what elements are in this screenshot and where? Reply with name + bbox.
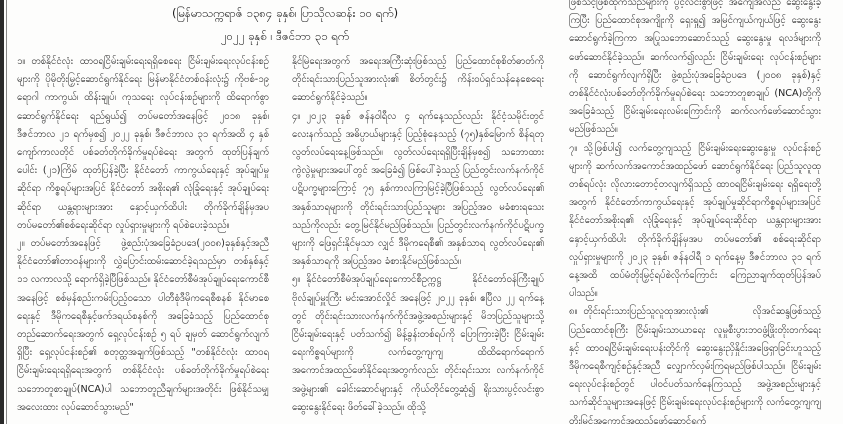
paragraph-number: ၂။	[17, 238, 25, 249]
paragraph: နိုင်မြဲရေးအတွက် အရေးအကြီးဆုံးဖြစ်သည့် ပ…	[292, 53, 544, 108]
paragraph-text: တိုင်းရင်းသားပြည်သူလူထုအားလုံး၏ လိုအင်ဆန…	[569, 306, 821, 424]
page-border-left	[0, 0, 4, 424]
paragraph-text: တပ်မတော်အနေဖြင့် ဖွဲ့စည်းပုံအခြေခံဥပဒေ(၂…	[17, 238, 269, 413]
paragraph: ၁။တစ်နိုင်ငံလုံး ထာဝရငြိမ်းချမ်းရေးရရှိစ…	[17, 53, 269, 235]
paragraph-text: ဖြစ်သင့်ဖြစ်ထိုက်သည်များကို ပွင့်လင်းစွာ…	[569, 0, 821, 135]
statement-subtitle: (မြန်မာသက္ကရာဇ် ၁၃၈၄ ခုနှစ်၊ ပြာသိုလဆန်း…	[20, 6, 550, 20]
paragraph: ၅။နိုင်ငံတော်စီမံအုပ်ချုပ်ရေးကောင်စီဥက္က…	[292, 271, 544, 417]
paragraph: ၇။သို့ဖြစ်ပါ၍ လက်တွေ့ကျသည့် ငြိမ်းချမ်းရ…	[569, 140, 821, 304]
paragraph: ၈။တိုင်းရင်းသားပြည်သူလူထုအားလုံး၏ လိုအင်…	[569, 303, 821, 424]
paragraph-number: ၇။	[569, 143, 577, 154]
text-column-3: ဖြစ်သင့်ဖြစ်ထိုက်သည်များကို ပွင့်လင်းစွာ…	[569, 0, 821, 424]
paragraph-number: ၄။	[292, 111, 300, 122]
paragraph: ၄။၂၀၂၃ ခုနှစ် ဇန်နဝါရီလ ၄ ရက်နေ့သည်လည်း …	[292, 108, 544, 272]
page-border-rule	[6, 0, 7, 424]
paragraph-text: တစ်နိုင်ငံလုံး ထာဝရငြိမ်းချမ်းရေးရရှိစေရ…	[17, 56, 269, 231]
paragraph-text: ၂၀၂၃ ခုနှစ် ဇန်နဝါရီလ ၄ ရက်နေ့သည်လည်း နိ…	[292, 111, 544, 268]
paragraph: ဖြစ်သင့်ဖြစ်ထိုက်သည်များကို ပွင့်လင်းစွာ…	[569, 0, 821, 140]
paragraph-number: ၅။	[292, 274, 300, 285]
paragraph-text: သို့ဖြစ်ပါ၍ လက်တွေ့ကျသည့် ငြိမ်းချမ်းရေး…	[569, 143, 821, 300]
text-column-2: နိုင်မြဲရေးအတွက် အရေးအကြီးဆုံးဖြစ်သည့် ပ…	[292, 53, 544, 424]
newspaper-page: (မြန်မာသက္ကရာဇ် ၁၃၈၄ ခုနှစ်၊ ပြာသိုလဆန်း…	[0, 0, 843, 424]
paragraph-number: ၈။	[569, 306, 577, 317]
statement-date: ၂၀၂၂ ခုနှစ် ၊ ဒီဇင်ဘာ ၃၁ ရက်	[20, 29, 550, 43]
paragraph-text: နိုင်ငံတော်စီမံအုပ်ချုပ်ရေးကောင်စီဥက္ကဋ္…	[292, 274, 544, 412]
paragraph-text: နိုင်မြဲရေးအတွက် အရေးအကြီးဆုံးဖြစ်သည့် ပ…	[292, 56, 544, 103]
paragraph-number: ၁။	[17, 56, 25, 67]
paragraph: ၂။တပ်မတော်အနေဖြင့် ဖွဲ့စည်းပုံအခြေခံဥပဒေ…	[17, 235, 269, 417]
text-column-1: ၁။တစ်နိုင်ငံလုံး ထာဝရငြိမ်းချမ်းရေးရရှိစ…	[17, 53, 269, 424]
